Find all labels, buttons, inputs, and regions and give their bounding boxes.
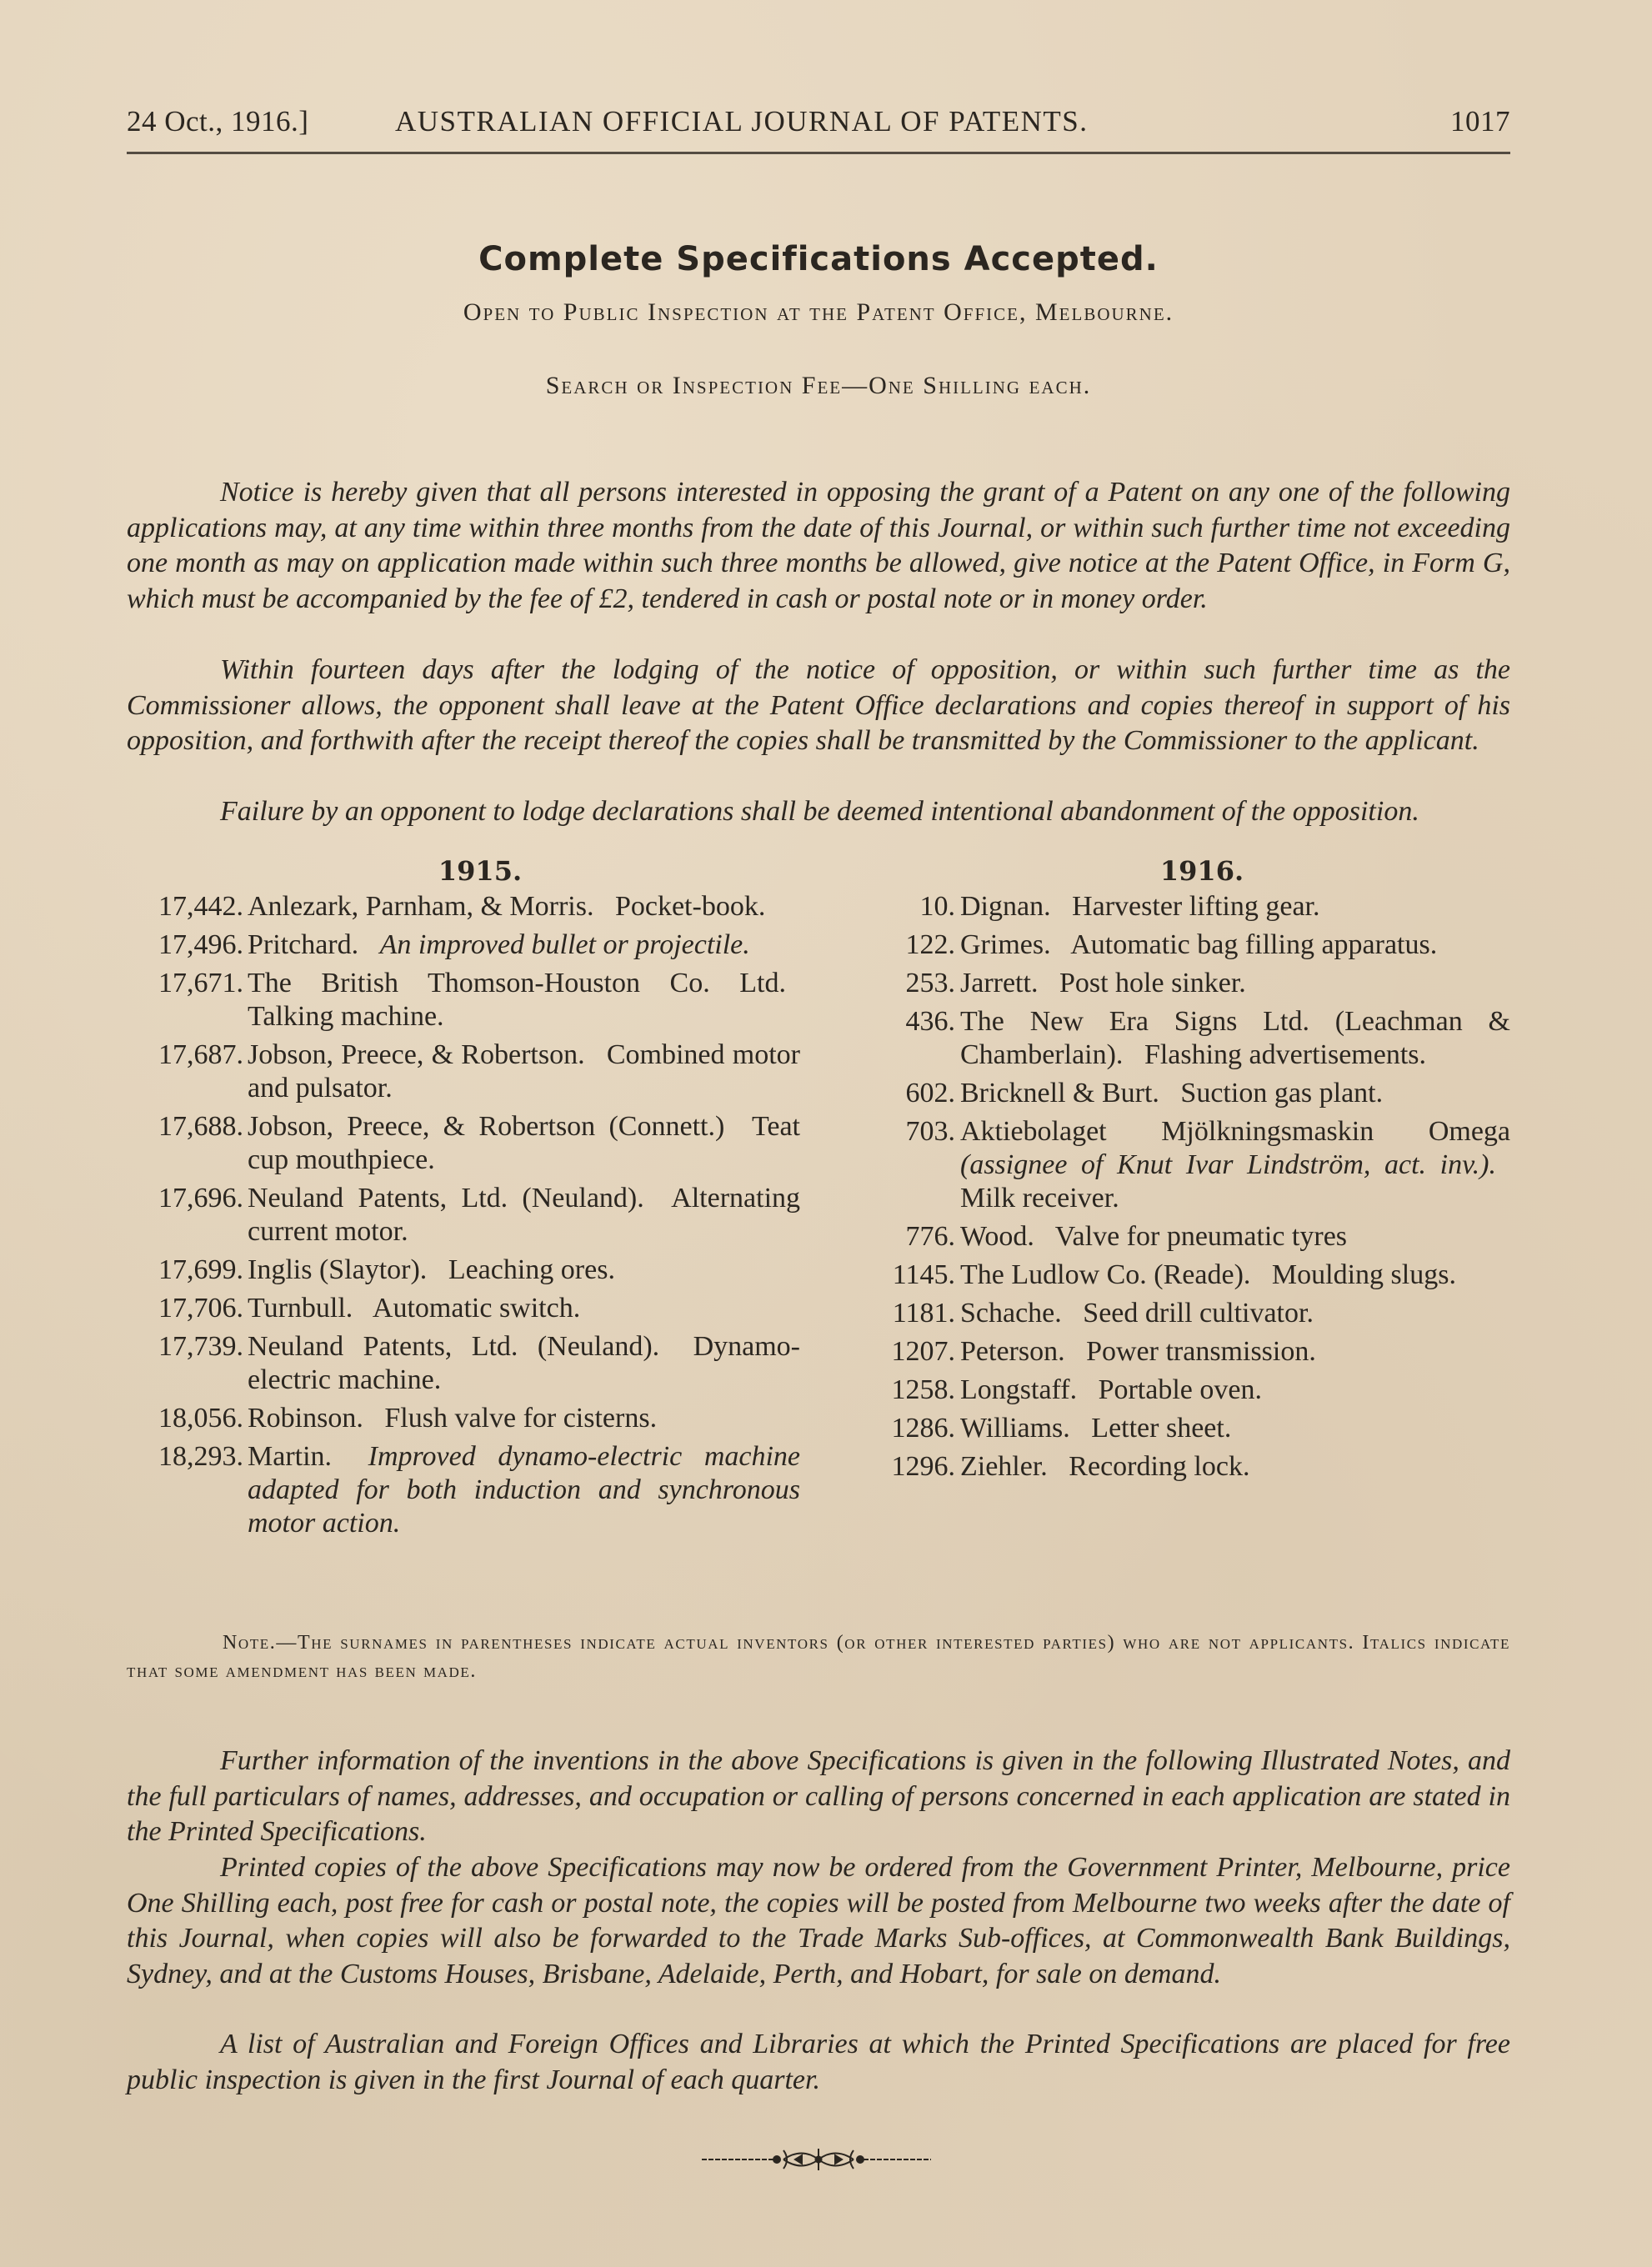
application-number: 17,496. [127, 928, 243, 962]
applicant-name: Anlezark, Parnham, & Morris. [248, 891, 593, 922]
application-number: 436. [860, 1005, 955, 1038]
patent-entry: 17,696.Neuland Patents, Ltd. (Neuland). … [127, 1182, 800, 1249]
application-number: 17,688. [127, 1110, 243, 1144]
patent-entry: 17,442.Anlezark, Parnham, & Morris. Pock… [127, 890, 800, 923]
application-number: 18,056. [127, 1402, 243, 1435]
application-number: 1207. [860, 1335, 955, 1369]
invention-title: Valve for pneumatic tyres [1055, 1221, 1347, 1252]
patent-entry: 1181.Schache. Seed drill cultivator. [860, 1297, 1510, 1330]
opposition-notice: Notice is hereby given that all persons … [127, 475, 1510, 617]
patent-entry: 602.Bricknell & Burt. Suction gas plant. [860, 1077, 1510, 1110]
further-info-paragraph: Further information of the inventions in… [127, 1744, 1510, 1850]
section-subtitle-open: Open to Public Inspection at the Patent … [127, 298, 1510, 327]
application-number: 1296. [860, 1450, 955, 1484]
applicant-name: Neuland Patents, Ltd. (Neuland). [248, 1331, 659, 1362]
applicant-name: Wood. [960, 1221, 1034, 1252]
patent-entry: 1286.Williams. Letter sheet. [860, 1412, 1510, 1445]
section-title: Complete Specifications Accepted. [127, 240, 1510, 278]
applicant-name: Bricknell & Burt. [960, 1078, 1159, 1108]
application-number: 17,442. [127, 890, 243, 923]
application-number: 10. [860, 890, 955, 923]
issue-date: 24 Oct., 1916.] [127, 105, 308, 138]
note-paragraph: Note.—The surnames in parentheses indica… [127, 1629, 1510, 1685]
entry-list-1916: 10.Dignan. Harvester lifting gear.122.Gr… [860, 890, 1510, 1489]
application-number: 602. [860, 1077, 955, 1110]
invention-title: Automatic bag filling apparatus. [1070, 929, 1437, 960]
applicant-name: Neuland Patents, Ltd. (Neuland). [248, 1183, 644, 1214]
applicant-name: Turnbull. [248, 1293, 353, 1324]
applicant-name: The British Thomson-Houston Co. Ltd. [248, 968, 786, 998]
applicant-name: Jarrett. [960, 968, 1038, 998]
patent-entry: 1207.Peterson. Power transmission. [860, 1335, 1510, 1369]
assignee-note: (assignee of Knut Ivar Lindström, act. i… [960, 1149, 1496, 1180]
invention-title: An improved bullet or projectile. [380, 929, 750, 960]
patent-entry: 1296.Ziehler. Recording lock. [860, 1450, 1510, 1484]
applicant-name: Jobson, Preece, & Robertson. [248, 1039, 585, 1070]
section-subtitle-fee: Search or Inspection Fee—One Shilling ea… [127, 372, 1510, 400]
applicant-name: Peterson. [960, 1336, 1065, 1367]
applicant-name: Dignan. [960, 891, 1051, 922]
invention-title: Talking machine. [248, 1001, 444, 1032]
patent-entry: 18,293.Martin. Improved dynamo-electric … [127, 1440, 800, 1540]
application-number: 17,696. [127, 1182, 243, 1215]
patent-entry: 18,056.Robinson. Flush valve for cistern… [127, 1402, 800, 1435]
patent-entry: 17,739.Neuland Patents, Ltd. (Neuland). … [127, 1330, 800, 1397]
application-number: 1286. [860, 1412, 955, 1445]
column-1915: 1915. 17,442.Anlezark, Parnham, & Morris… [127, 852, 800, 1545]
applicant-name: Robinson. [248, 1403, 363, 1434]
patent-entry: 1258.Longstaff. Portable oven. [860, 1374, 1510, 1407]
column-1916: 1916. 10.Dignan. Harvester lifting gear.… [860, 852, 1510, 1489]
patent-entry: 17,671.The British Thomson-Houston Co. L… [127, 967, 800, 1033]
application-number: 776. [860, 1220, 955, 1254]
application-number: 1145. [860, 1259, 955, 1292]
application-number: 17,699. [127, 1254, 243, 1287]
invention-title: Portable oven. [1099, 1374, 1262, 1405]
application-number: 703. [860, 1115, 955, 1149]
applicant-name: Jobson, Preece, & Robertson (Connett.) [248, 1111, 724, 1142]
application-number: 17,706. [127, 1292, 243, 1325]
page-number: 1017 [1450, 105, 1510, 138]
applicant-name: Williams. [960, 1413, 1070, 1444]
applicant-name: Martin. [248, 1441, 332, 1472]
application-number: 1181. [860, 1297, 955, 1330]
application-number: 17,739. [127, 1330, 243, 1364]
entry-list-1915: 17,442.Anlezark, Parnham, & Morris. Pock… [127, 890, 800, 1545]
applicant-name: Schache. [960, 1298, 1062, 1329]
invention-title: Seed drill cultivator. [1083, 1298, 1314, 1329]
failure-notice: Failure by an opponent to lodge declarat… [127, 794, 1510, 830]
invention-title: Leaching ores. [448, 1254, 615, 1285]
patent-entry: 253.Jarrett. Post hole sinker. [860, 967, 1510, 1000]
running-header: 24 Oct., 1916.] AUSTRALIAN OFFICIAL JOUR… [127, 105, 1510, 147]
invention-title: Milk receiver. [960, 1183, 1119, 1214]
patent-entry: 17,706.Turnbull. Automatic switch. [127, 1292, 800, 1325]
column-year-heading: 1916. [860, 852, 1510, 890]
patent-entry: 436.The New Era Signs Ltd. (Leachman & C… [860, 1005, 1510, 1072]
patent-entry: 17,687.Jobson, Preece, & Robertson. Comb… [127, 1038, 800, 1105]
invention-title: Pocket-book. [615, 891, 765, 922]
invention-title: Suction gas plant. [1180, 1078, 1383, 1108]
applicant-name: Ziehler. [960, 1451, 1048, 1482]
printed-copies-paragraph: Printed copies of the above Specificatio… [127, 1850, 1510, 1992]
invention-title: Flashing advertisements. [1144, 1039, 1426, 1070]
application-number: 253. [860, 967, 955, 1000]
column-year-heading: 1915. [127, 852, 800, 890]
patent-entry: 10.Dignan. Harvester lifting gear. [860, 890, 1510, 923]
applicant-name: Inglis (Slaytor). [248, 1254, 427, 1285]
header-rule [127, 152, 1510, 154]
applicant-name: Aktiebolaget Mjölkningsmaskin Omega [960, 1116, 1510, 1147]
invention-title: Automatic switch. [373, 1293, 580, 1324]
invention-title: Post hole sinker. [1059, 968, 1246, 998]
applicant-name: Longstaff. [960, 1374, 1077, 1405]
patent-entry: 703.Aktiebolaget Mjölkningsmaskin Omega … [860, 1115, 1510, 1215]
patent-entry: 17,496.Pritchard. An improved bullet or … [127, 928, 800, 962]
decorative-rule-ornament-icon [127, 2145, 1510, 2179]
invention-title: Flush valve for cisterns. [384, 1403, 657, 1434]
library-list-paragraph: A list of Australian and Foreign Offices… [127, 2027, 1510, 2098]
patent-entry: 776.Wood. Valve for pneumatic tyres [860, 1220, 1510, 1254]
declarations-notice: Within fourteen days after the lodging o… [127, 653, 1510, 759]
application-number: 18,293. [127, 1440, 243, 1474]
application-number: 17,687. [127, 1038, 243, 1072]
patent-entry: 17,688.Jobson, Preece, & Robertson (Conn… [127, 1110, 800, 1177]
application-number: 122. [860, 928, 955, 962]
application-number: 17,671. [127, 967, 243, 1000]
invention-title: Moulding slugs. [1272, 1259, 1456, 1290]
patent-entry: 1145.The Ludlow Co. (Reade). Moulding sl… [860, 1259, 1510, 1292]
applicant-name: Pritchard. [248, 929, 358, 960]
invention-title: Recording lock. [1069, 1451, 1249, 1482]
invention-title: Letter sheet. [1091, 1413, 1231, 1444]
journal-title: AUSTRALIAN OFFICIAL JOURNAL OF PATENTS. [395, 105, 1089, 138]
patent-entry: 122.Grimes. Automatic bag filling appara… [860, 928, 1510, 962]
invention-title: Harvester lifting gear. [1072, 891, 1319, 922]
patent-entry: 17,699.Inglis (Slaytor). Leaching ores. [127, 1254, 800, 1287]
invention-title: Power transmission. [1086, 1336, 1316, 1367]
application-number: 1258. [860, 1374, 955, 1407]
applicant-name: The Ludlow Co. (Reade). [960, 1259, 1250, 1290]
applicant-name: Grimes. [960, 929, 1051, 960]
